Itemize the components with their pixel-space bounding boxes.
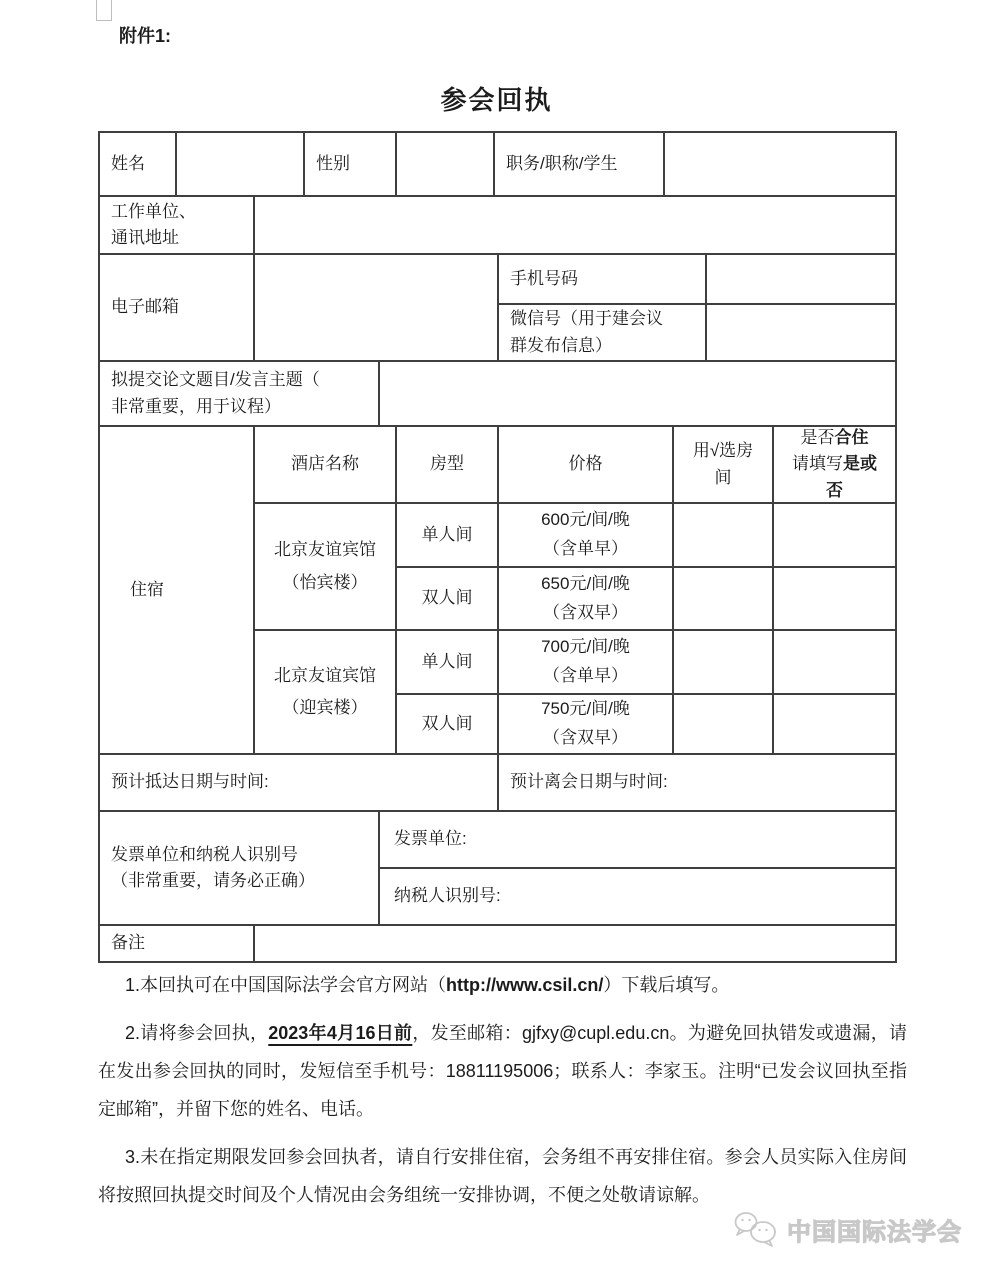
arrival-datetime-cell[interactable]: 预计抵达日期与时间: — [100, 755, 499, 812]
share-room-header: 是否合住 请填写是或 否 — [774, 427, 897, 504]
select-room-header: 用√选房 间 — [674, 427, 774, 504]
hotel-1-name: 北京友谊宾馆 （怡宾楼） — [255, 504, 397, 631]
invoice-label: 发票单位和纳税人识别号 （非常重要，请务必正确） — [100, 812, 380, 926]
hotel-2-single-select-cell[interactable] — [674, 631, 774, 695]
note-1: 1.本回执可在中国国际法学会官方网站（http://www.csil.cn/）下… — [98, 966, 907, 1004]
name-input-cell[interactable] — [177, 133, 305, 197]
hotel-1-double-select-cell[interactable] — [674, 568, 774, 631]
name-label: 姓名 — [100, 133, 177, 197]
hotel-2-single-share-cell[interactable] — [774, 631, 897, 695]
remark-input-cell[interactable] — [255, 926, 897, 963]
note-2: 2.请将参会回执，2023年4月16日前，发至邮箱：gjfxy@cupl.edu… — [98, 1014, 907, 1128]
attachment-label: 附件1: — [119, 22, 171, 48]
hotel-2-double-select-cell[interactable] — [674, 695, 774, 755]
departure-datetime-cell[interactable]: 预计离会日期与时间: — [499, 755, 897, 812]
hotel-1-single-share-cell[interactable] — [774, 504, 897, 568]
hotel-2-double-price: 750元/间/晚 （含双早） — [499, 695, 674, 755]
price-header: 价格 — [499, 427, 674, 504]
hotel-1-single-room-type: 单人间 — [397, 504, 499, 568]
email-input-cell[interactable] — [255, 255, 499, 362]
scan-corner-artifact — [96, 0, 112, 21]
page-title: 参会回执 — [98, 80, 895, 117]
hotel-1-double-share-cell[interactable] — [774, 568, 897, 631]
note-3: 3.未在指定期限发回参会回执者，请自行安排住宿，会务组不再安排住宿。参会人员实际… — [98, 1138, 907, 1214]
csil-website-url: http://www.csil.cn/ — [446, 975, 603, 995]
position-label: 职务/职称/学生 — [495, 133, 665, 197]
watermark-text: 中国国际法学会 — [787, 1212, 962, 1247]
mobile-label: 手机号码 — [499, 255, 707, 305]
wechat-label: 微信号（用于建会议 群发布信息） — [499, 305, 707, 362]
reply-form-table: 姓名 性别 职务/职称/学生 工作单位、 通讯地址 电子邮箱 手机号码 微信号（… — [98, 131, 897, 963]
position-input-cell[interactable] — [665, 133, 897, 197]
deadline-text: 2023年4月16日前 — [268, 1023, 412, 1043]
gender-label: 性别 — [305, 133, 397, 197]
notes-section: 1.本回执可在中国国际法学会官方网站（http://www.csil.cn/）下… — [98, 966, 907, 1224]
hotel-1-single-price: 600元/间/晚 （含单早） — [499, 504, 674, 568]
hotel-2-double-room-type: 双人间 — [397, 695, 499, 755]
lodging-label: 住宿 — [100, 427, 255, 755]
email-label: 电子邮箱 — [100, 255, 255, 362]
hotel-2-name: 北京友谊宾馆 （迎宾楼） — [255, 631, 397, 755]
paper-topic-label: 拟提交论文题目/发言主题（ 非常重要，用于议程） — [100, 362, 380, 427]
wechat-logo-icon — [733, 1209, 779, 1249]
hotel-1-double-room-type: 双人间 — [397, 568, 499, 631]
invoice-unit-cell[interactable]: 发票单位: — [380, 812, 897, 869]
gender-input-cell[interactable] — [397, 133, 495, 197]
work-unit-label: 工作单位、 通讯地址 — [100, 197, 255, 255]
room-type-header: 房型 — [397, 427, 499, 504]
mobile-input-cell[interactable] — [707, 255, 897, 305]
hotel-name-header: 酒店名称 — [255, 427, 397, 504]
wechat-watermark: 中国国际法学会 — [733, 1209, 962, 1249]
hotel-2-single-room-type: 单人间 — [397, 631, 499, 695]
remark-label: 备注 — [100, 926, 255, 963]
tax-id-cell[interactable]: 纳税人识别号: — [380, 869, 897, 926]
work-unit-input-cell[interactable] — [255, 197, 897, 255]
hotel-2-single-price: 700元/间/晚 （含单早） — [499, 631, 674, 695]
scanned-reply-form-page: { "page": { "attachment_label": "附件1:", … — [0, 0, 986, 1276]
paper-topic-input-cell[interactable] — [380, 362, 897, 427]
hotel-1-double-price: 650元/间/晚 （含双早） — [499, 568, 674, 631]
hotel-1-single-select-cell[interactable] — [674, 504, 774, 568]
wechat-input-cell[interactable] — [707, 305, 897, 362]
hotel-2-double-share-cell[interactable] — [774, 695, 897, 755]
